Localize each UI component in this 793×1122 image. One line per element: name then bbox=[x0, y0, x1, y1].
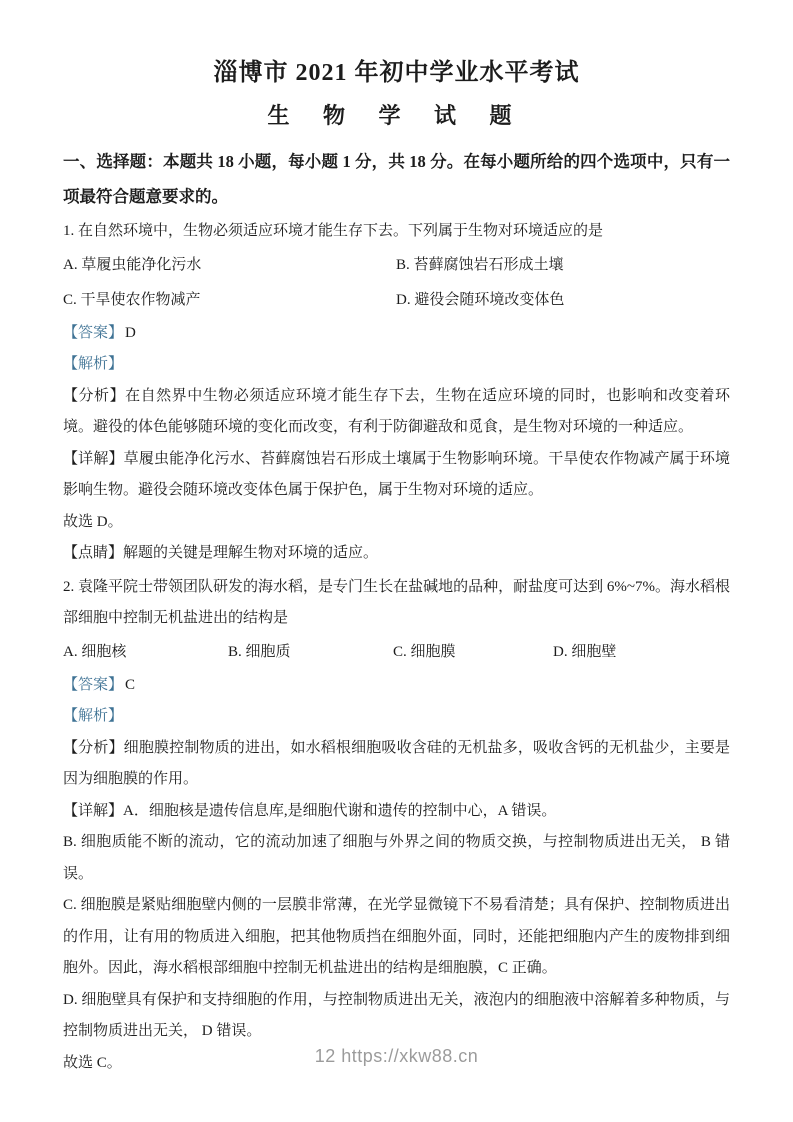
paragraph-detail-c: C. 细胞膜是紧贴细胞壁内侧的一层膜非常薄，在光学显微镜下不易看清楚；具有保护、… bbox=[63, 890, 730, 985]
answer-line: 【答案】D bbox=[63, 318, 730, 350]
answer-line: 【答案】C bbox=[63, 670, 730, 702]
answer-label: 【答案】 bbox=[63, 677, 123, 693]
option-d: D. 避役会随环境改变体色 bbox=[396, 283, 730, 318]
paragraph-detail-b: B. 细胞质能不断的流动，它的流动加速了细胞与外界之间的物质交换，与控制物质进出… bbox=[63, 827, 730, 890]
page-title: 淄博市 2021 年初中学业水平考试 bbox=[63, 56, 730, 90]
question-1-options-row-2: C. 干旱使农作物减产 D. 避役会随环境改变体色 bbox=[63, 283, 730, 318]
option-b: B. 细胞质 bbox=[228, 635, 393, 670]
answer-label: 【答案】 bbox=[63, 325, 123, 341]
question-2-stem: 2. 袁隆平院士带领团队研发的海水稻，是专门生长在盐碱地的品种，耐盐度可达到 6… bbox=[63, 572, 730, 635]
question-1-stem: 1. 在自然环境中，生物必须适应环境才能生存下去。下列属于生物对环境适应的是 bbox=[63, 216, 730, 248]
option-c: C. 细胞膜 bbox=[393, 635, 553, 670]
option-c: C. 干旱使农作物减产 bbox=[63, 283, 396, 318]
option-d: D. 细胞壁 bbox=[553, 635, 730, 670]
question-block-2: 2. 袁隆平院士带领团队研发的海水稻，是专门生长在盐碱地的品种，耐盐度可达到 6… bbox=[63, 572, 730, 1080]
paragraph-detail-d: D. 细胞壁具有保护和支持细胞的作用，与控制物质进出无关，液泡内的细胞液中溶解着… bbox=[63, 985, 730, 1048]
paragraph-conclusion: 故选 D。 bbox=[63, 507, 730, 539]
paragraph-detail: 【详解】草履虫能净化污水、苔藓腐蚀岩石形成土壤属于生物影响环境。干旱使农作物减产… bbox=[63, 444, 730, 507]
analysis-label: 【解析】 bbox=[63, 701, 730, 733]
section-instructions: 一、选择题：本题共 18 小题，每小题 1 分，共 18 分。在每小题所给的四个… bbox=[63, 144, 730, 214]
paragraph-analysis: 【分析】细胞膜控制物质的进出，如水稻根细胞吸收含硅的无机盐多，吸收含钙的无机盐少… bbox=[63, 733, 730, 796]
option-b: B. 苔藓腐蚀岩石形成土壤 bbox=[396, 248, 730, 283]
paragraph-tip: 【点睛】解题的关键是理解生物对环境的适应。 bbox=[63, 538, 730, 570]
paragraph-detail-a: 【详解】A．细胞核是遗传信息库,是细胞代谢和遗传的控制中心，A 错误。 bbox=[63, 796, 730, 828]
answer-value: D bbox=[123, 325, 136, 341]
answer-value: C bbox=[123, 677, 135, 693]
question-2-options-row: A. 细胞核 B. 细胞质 C. 细胞膜 D. 细胞壁 bbox=[63, 635, 730, 670]
footer-text: 12 https://xkw88.cn bbox=[315, 1046, 479, 1066]
page-subtitle: 生 物 学 试 题 bbox=[63, 100, 730, 132]
exam-page: 淄博市 2021 年初中学业水平考试 生 物 学 试 题 一、选择题：本题共 1… bbox=[0, 0, 793, 1122]
option-a: A. 草履虫能净化污水 bbox=[63, 248, 396, 283]
analysis-label: 【解析】 bbox=[63, 349, 730, 381]
page-footer: 12 https://xkw88.cn bbox=[0, 1046, 793, 1067]
question-block-1: 1. 在自然环境中，生物必须适应环境才能生存下去。下列属于生物对环境适应的是 A… bbox=[63, 216, 730, 570]
paragraph-analysis: 【分析】在自然界中生物必须适应环境才能生存下去，生物在适应环境的同时，也影响和改… bbox=[63, 381, 730, 444]
option-a: A. 细胞核 bbox=[63, 635, 228, 670]
question-1-options-row-1: A. 草履虫能净化污水 B. 苔藓腐蚀岩石形成土壤 bbox=[63, 248, 730, 283]
